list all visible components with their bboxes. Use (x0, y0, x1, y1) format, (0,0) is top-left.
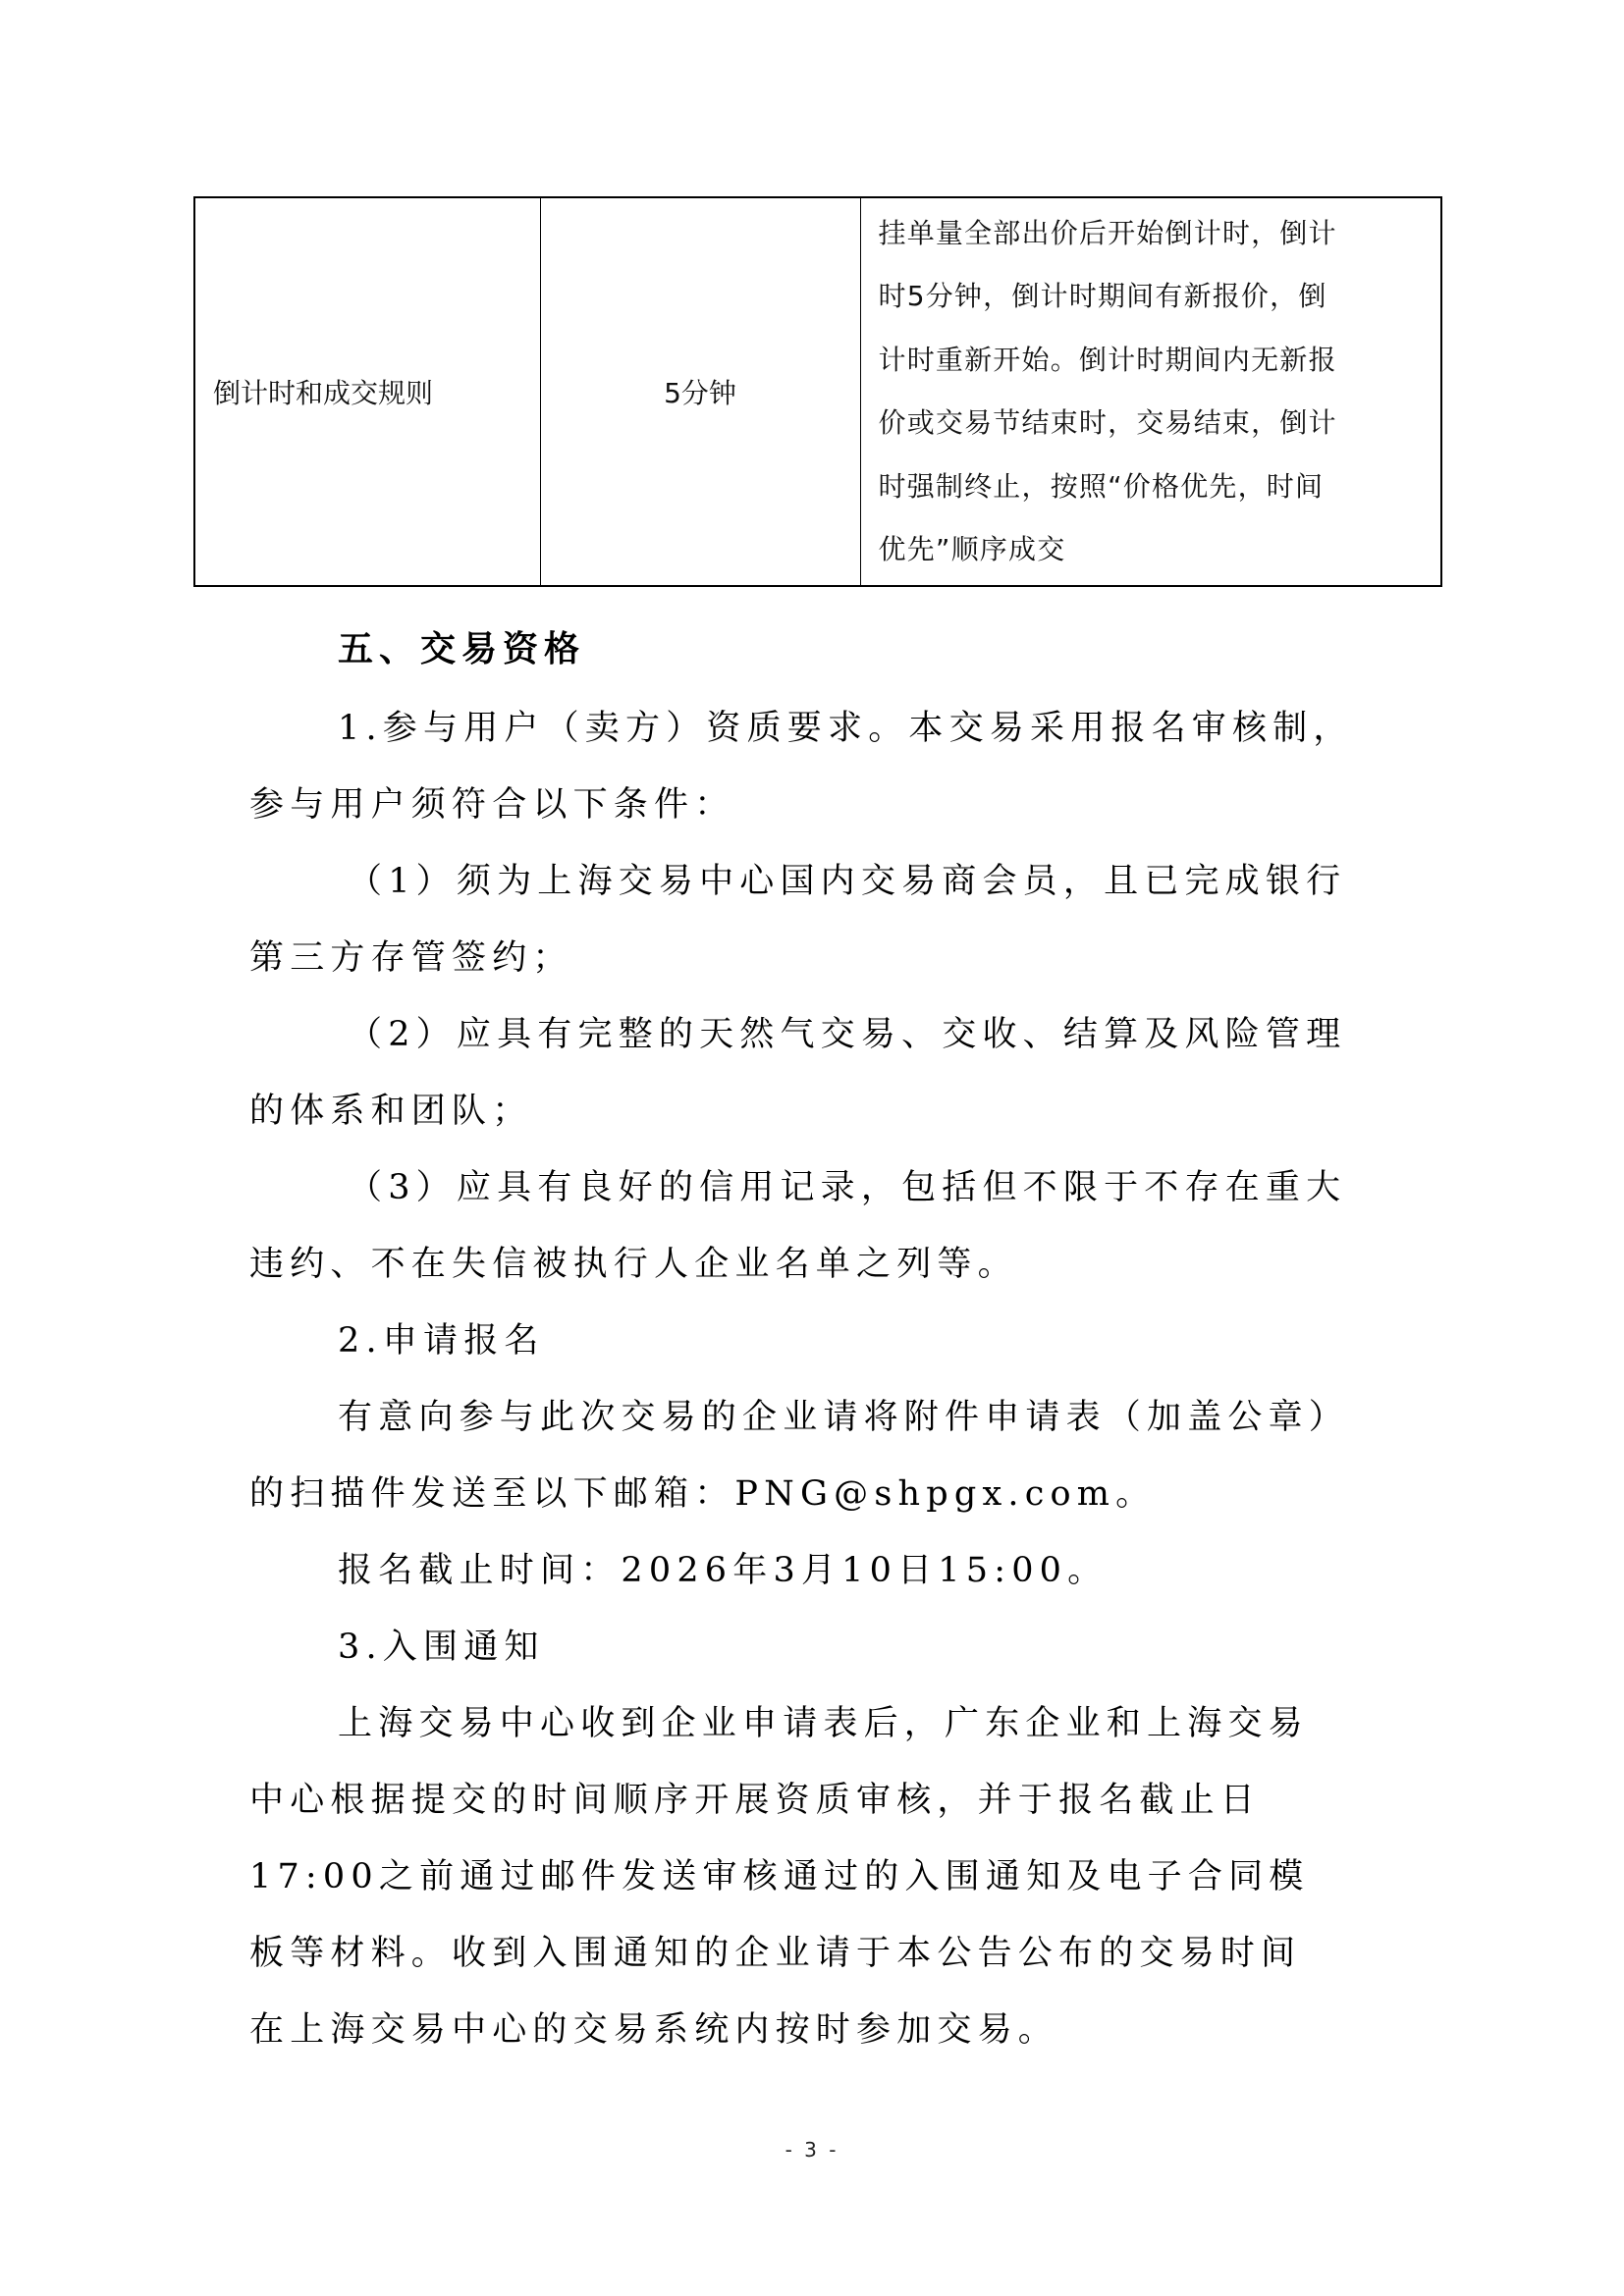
table-row: 倒计时和成交规则 5分钟 挂单量全部出价后开始倒计时，倒计 时5分钟，倒计时期间… (194, 197, 1441, 586)
condition1-line2: 第三方存管签约； (249, 938, 573, 978)
item2-text-line2-email: 的扫描件发送至以下邮箱：PNG@shpgx.com。 (249, 1474, 1156, 1514)
item3-text-line3: 17:00之前通过邮件发送审核通过的入围通知及电子合同模 (249, 1857, 1309, 1896)
item1-title-line2: 参与用户须符合以下条件： (249, 785, 734, 825)
item2-title: 2.申请报名 (338, 1321, 545, 1361)
section-heading: 五、交易资格 (338, 630, 585, 669)
item3-text-line5: 在上海交易中心的交易系统内按时参加交易。 (249, 2010, 1058, 2050)
rule-value-cell: 5分钟 (540, 197, 860, 586)
item3-text-line1: 上海交易中心收到企业申请表后，广东企业和上海交易 (338, 1704, 1309, 1743)
trading-rules-table: 倒计时和成交规则 5分钟 挂单量全部出价后开始倒计时，倒计 时5分钟，倒计时期间… (193, 196, 1442, 587)
registration-deadline: 报名截止时间：2026年3月10日15:00。 (338, 1551, 1108, 1590)
condition3-line1: （3）应具有良好的信用记录，包括但不限于不存在重大 (348, 1168, 1346, 1207)
condition2-line2: 的体系和团队； (249, 1092, 532, 1131)
rule-description-cell: 挂单量全部出价后开始倒计时，倒计 时5分钟，倒计时期间有新报价，倒 计时重新开始… (860, 197, 1441, 586)
item3-text-line2: 中心根据提交的时间顺序开展资质审核，并于报名截止日 (249, 1781, 1261, 1820)
description-line: 时5分钟，倒计时期间有新报价，倒 (879, 265, 1416, 329)
item1-title-line1: 1.参与用户（卖方）资质要求。本交易采用报名审核制， (338, 709, 1354, 748)
condition1-line1: （1）须为上海交易中心国内交易商会员，且已完成银行 (348, 862, 1346, 901)
rule-name-cell: 倒计时和成交规则 (194, 197, 540, 586)
description-line: 挂单量全部出价后开始倒计时，倒计 (879, 202, 1416, 266)
description-line: 优先”顺序成交 (879, 518, 1416, 582)
description-line: 计时重新开始。倒计时期间内无新报 (879, 329, 1416, 393)
item2-text-line1: 有意向参与此次交易的企业请将附件申请表（加盖公章） (338, 1398, 1349, 1437)
description-line: 价或交易节结束时，交易结束，倒计 (879, 392, 1416, 455)
condition3-line2: 违约、不在失信被执行人企业名单之列等。 (249, 1245, 1018, 1284)
document-page: 倒计时和成交规则 5分钟 挂单量全部出价后开始倒计时，倒计 时5分钟，倒计时期间… (0, 0, 1624, 2296)
page-number: - 3 - (0, 2138, 1624, 2162)
item3-text-line4: 板等材料。收到入围通知的企业请于本公告公布的交易时间 (249, 1934, 1301, 1973)
description-line: 时强制终止，按照“价格优先，时间 (879, 455, 1416, 519)
condition2-line1: （2）应具有完整的天然气交易、交收、结算及风险管理 (348, 1015, 1346, 1054)
item3-title: 3.入围通知 (338, 1628, 545, 1667)
